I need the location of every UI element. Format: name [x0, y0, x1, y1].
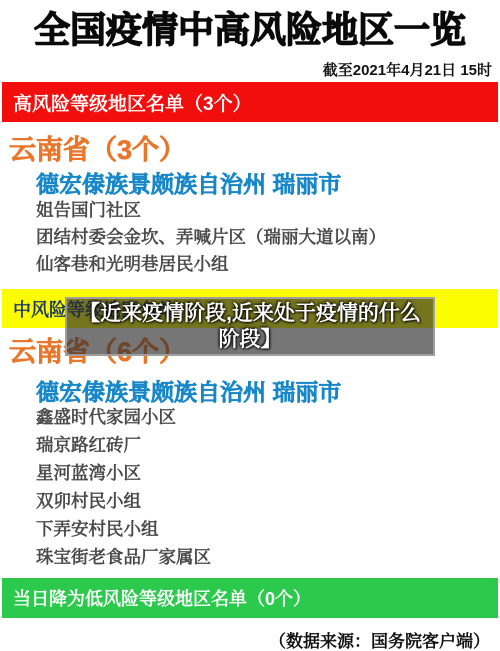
medium-risk-item-list: 鑫盛时代家园小区 瑞京路红砖厂 星河蓝湾小区 双卯村民小组 下弄安村民小组 珠宝… — [36, 403, 211, 571]
list-item: 下弄安村民小组 — [36, 515, 211, 543]
list-item: 鑫盛时代家园小区 — [36, 403, 211, 431]
page-title: 全国疫情中高风险地区一览 — [0, 2, 500, 53]
list-item: 姐告国门社区 — [36, 197, 386, 224]
high-risk-province: 云南省（3个） — [9, 128, 186, 167]
list-item: 双卯村民小组 — [36, 487, 211, 515]
high-risk-bar-label: 高风险等级地区名单（3个） — [13, 89, 252, 116]
low-risk-section-bar: 当日降为低风险等级地区名单（0个） — [2, 578, 498, 618]
as-of-date: 截至2021年4月21日 15时 — [323, 59, 492, 80]
list-item: 星河蓝湾小区 — [36, 459, 211, 487]
watermark-caption-overlay: 【近来疫情阶段,近来处于疫情的什么 阶段】 — [65, 297, 435, 356]
high-risk-item-list: 姐告国门社区 团结村委会金坎、弄喊片区（瑞丽大道以南） 仙客巷和光明巷居民小组 — [36, 197, 386, 278]
watermark-line1: 【近来疫情阶段,近来处于疫情的什么 — [79, 301, 421, 327]
high-risk-city: 德宏傣族景颇族自治州 瑞丽市 — [36, 166, 341, 199]
high-risk-section-bar: 高风险等级地区名单（3个） — [2, 82, 498, 122]
data-source-note: （数据来源：国务院客户端） — [269, 627, 490, 651]
list-item: 团结村委会金坎、弄喊片区（瑞丽大道以南） — [36, 224, 386, 251]
watermark-line2: 阶段】 — [219, 327, 282, 353]
list-item: 珠宝街老食品厂家属区 — [36, 543, 211, 571]
list-item: 仙客巷和光明巷居民小组 — [36, 251, 386, 278]
infographic-root: 全国疫情中高风险地区一览 截至2021年4月21日 15时 高风险等级地区名单（… — [0, 0, 500, 651]
list-item: 瑞京路红砖厂 — [36, 431, 211, 459]
low-risk-bar-label: 当日降为低风险等级地区名单（0个） — [13, 585, 311, 611]
